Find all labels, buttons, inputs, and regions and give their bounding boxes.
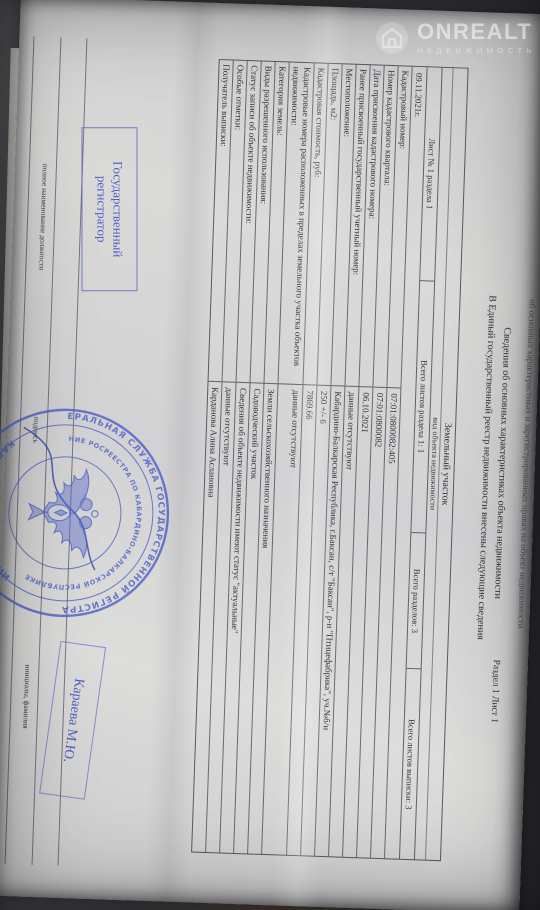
section-sheet-label: Раздел 1 Лист 1 (489, 659, 501, 723)
svg-text:КАДАСТРА И КАРТОГРАФИИ: КАДАСТРА И КАРТОГРАФИИ (0, 436, 16, 584)
stamp-text: регистратор (93, 128, 109, 290)
name-caption: инициалы, фамилия (19, 609, 34, 785)
house-icon (375, 21, 409, 55)
egrn-extract-document: об основных характеристиках и зарегистри… (0, 0, 540, 910)
onrealt-watermark: ONREALT НЕДВИЖИМОСТЬ (375, 21, 536, 55)
object-info-table: Земельный участок вид объекта недвижимос… (192, 59, 469, 861)
stamp-text: Караева М.Ю. (53, 644, 91, 797)
registrar-name-stamp: Караева М.Ю. (39, 641, 106, 800)
double-headed-eagle-emblem (27, 468, 99, 558)
official-round-seal: ФЕДЕРАЛЬНАЯ СЛУЖБА ГОСУДАРСТВЕННОЙ РЕГИС… (0, 399, 179, 627)
position-caption: полное наименование должности (36, 115, 52, 319)
photo-of-egrn-extract: об основных характеристиках и зарегистри… (0, 0, 540, 910)
watermark-brand: ONREALT (417, 21, 536, 43)
seal-outer-text-bottom: КАДАСТРА И КАРТОГРАФИИ (0, 436, 16, 584)
watermark-tagline: НЕДВИЖИМОСТЬ (417, 46, 536, 55)
registrar-position-stamp: Государственный регистратор (81, 127, 137, 291)
stamp-text: Государственный (109, 128, 125, 290)
